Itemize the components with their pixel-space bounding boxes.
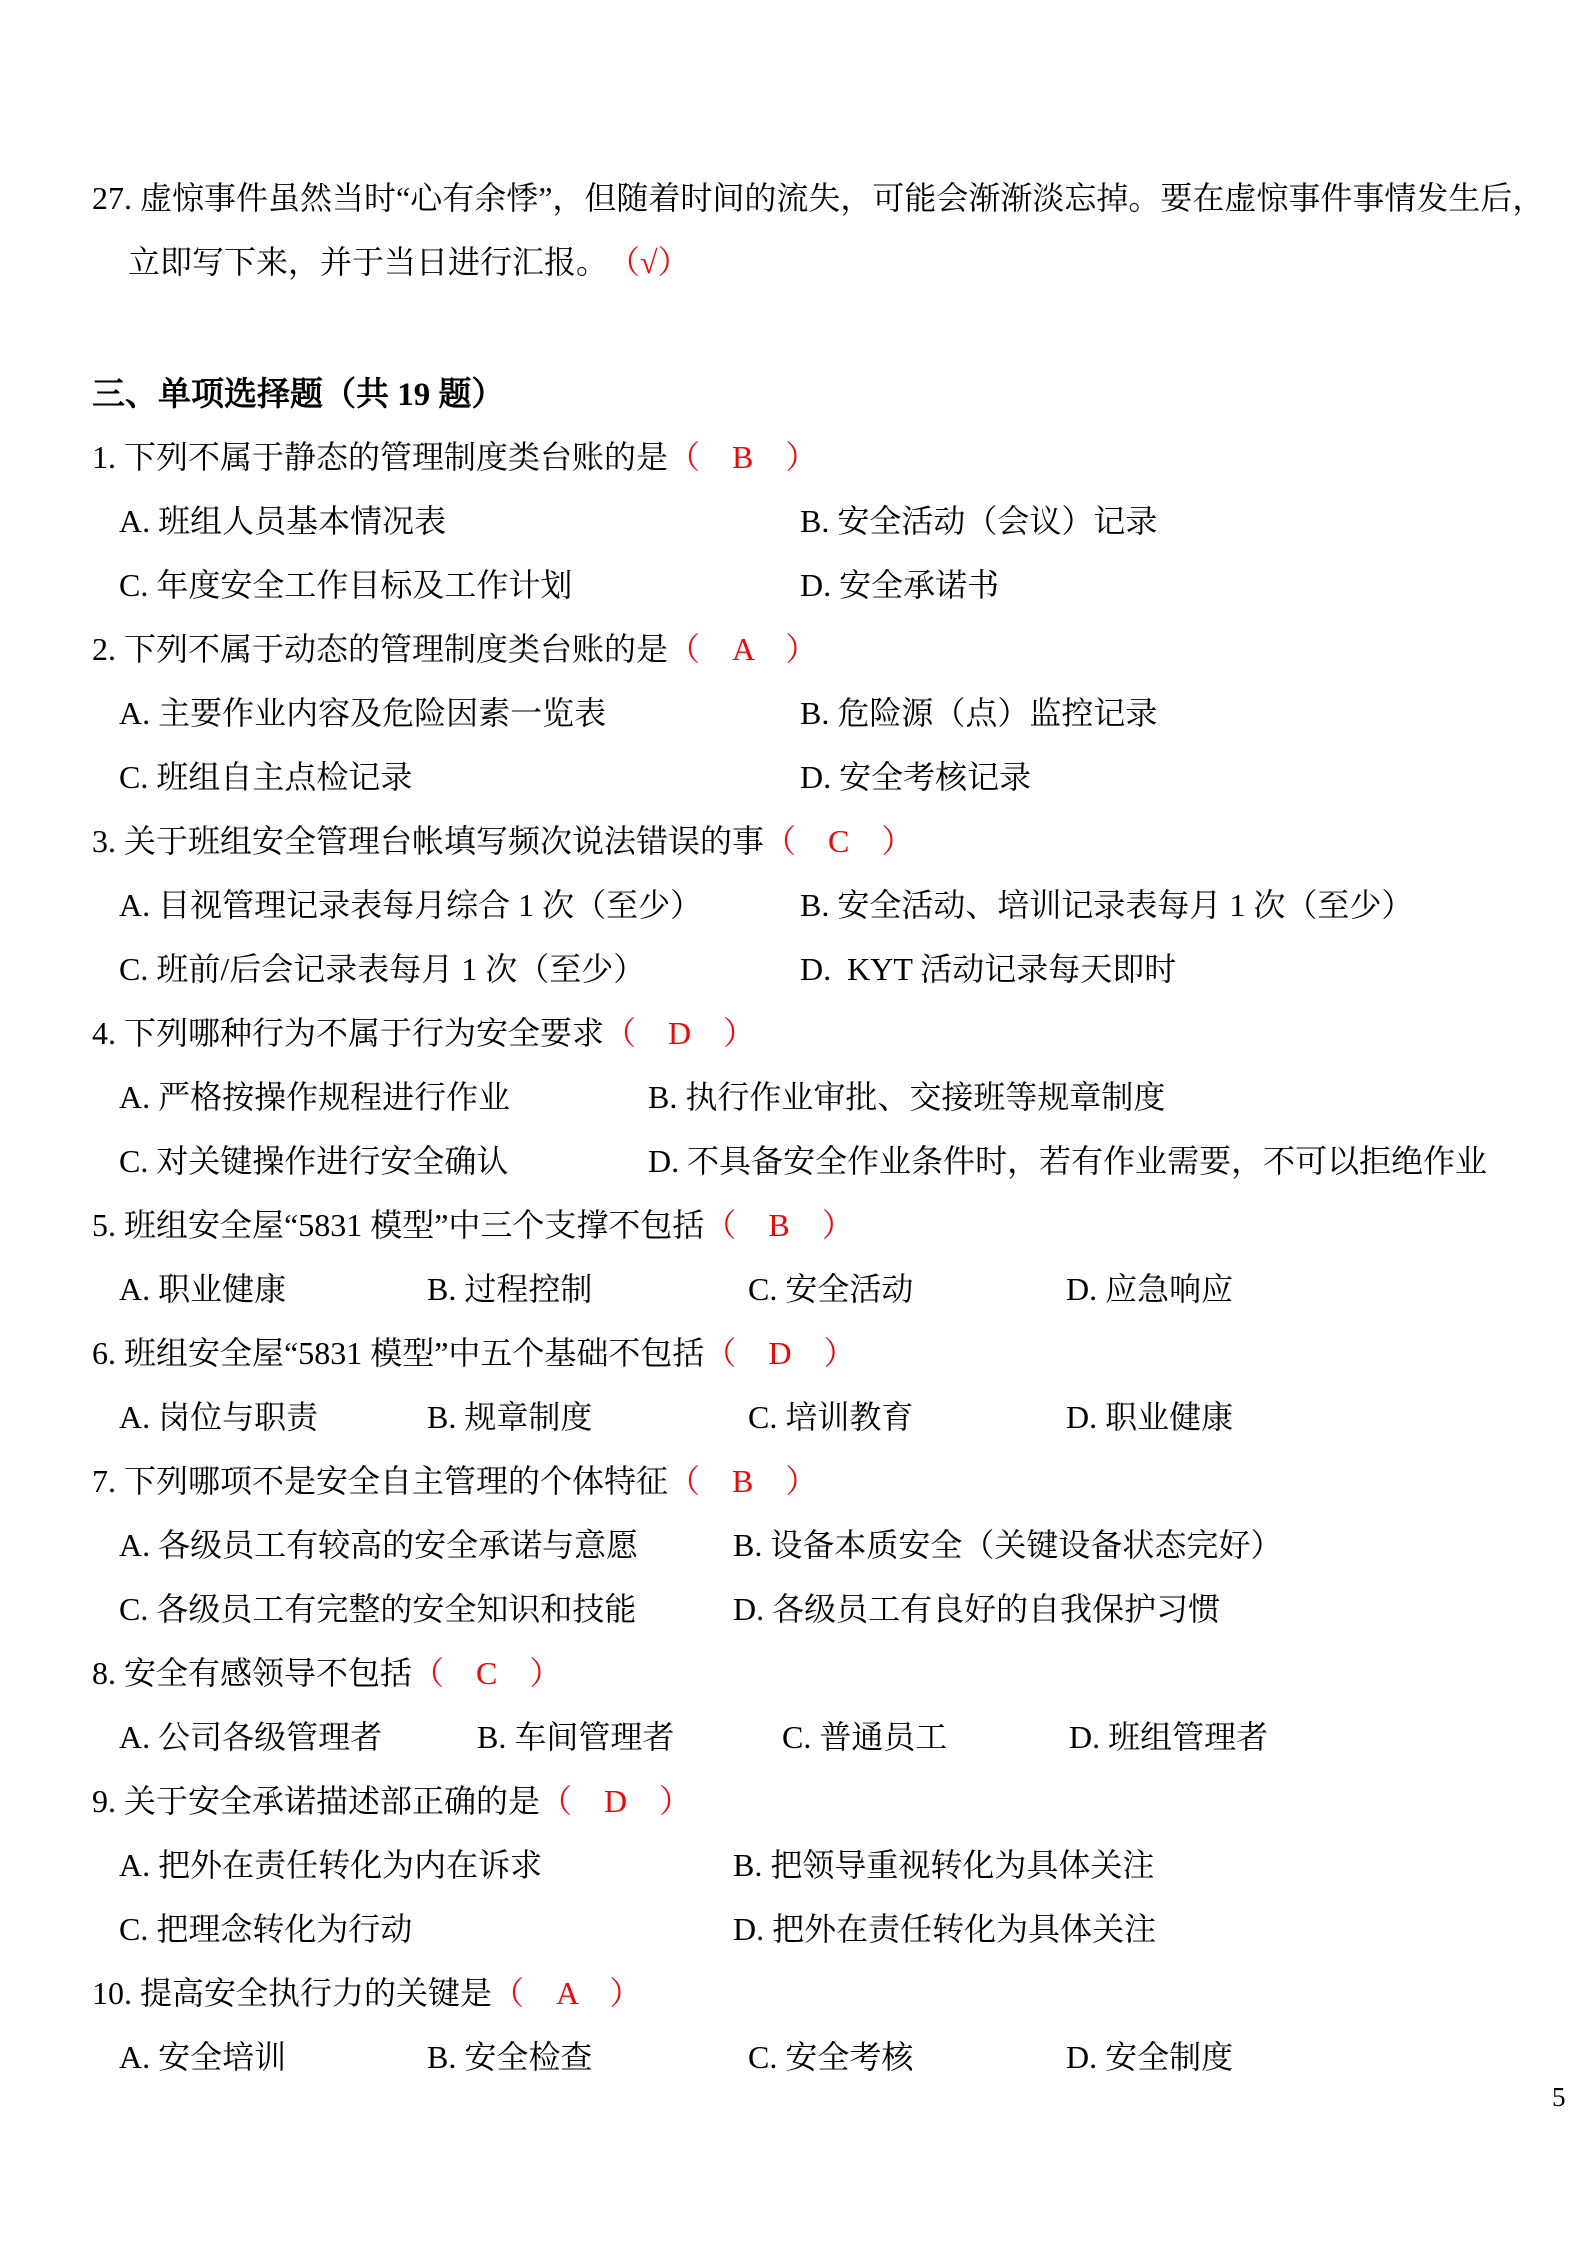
option: D. 各级员工有良好的自我保护习惯 xyxy=(733,1584,1220,1630)
question-6-stem: 6. 班组安全屋“5831 模型”中五个基础不包括（ D ） xyxy=(92,1319,1587,1383)
question-2-text: 2. 下列不属于动态的管理制度类台账的是 xyxy=(92,624,668,670)
option: C. 班组自主点检记录 xyxy=(119,752,800,798)
question-4-options-row2: C. 对关键操作进行安全确认D. 不具备安全作业条件时，若有作业需要，不可以拒绝… xyxy=(119,1127,1587,1191)
question-6-options: A. 岗位与职责B. 规章制度C. 培训教育D. 职业健康 xyxy=(119,1383,1587,1447)
question-3-text: 3. 关于班组安全管理台帐填写频次说法错误的事 xyxy=(92,816,764,862)
question-1-options-row2: C. 年度安全工作目标及工作计划D. 安全承诺书 xyxy=(119,551,1587,615)
option: A. 岗位与职责 xyxy=(119,1392,427,1438)
option: B. 安全活动、培训记录表每月 1 次（至少） xyxy=(800,880,1413,926)
page-number: 5 xyxy=(1552,2082,1566,2113)
option: C. 对关键操作进行安全确认 xyxy=(119,1136,648,1182)
question-5-text: 5. 班组安全屋“5831 模型”中三个支撑不包括 xyxy=(92,1200,704,1246)
option: A. 目视管理记录表每月综合 1 次（至少） xyxy=(119,880,800,926)
question-1-text: 1. 下列不属于静态的管理制度类台账的是 xyxy=(92,432,668,478)
question-6-text: 6. 班组安全屋“5831 模型”中五个基础不包括 xyxy=(92,1328,704,1374)
question-3-answer: （ C ） xyxy=(764,816,913,862)
option: B. 车间管理者 xyxy=(477,1712,782,1758)
option: D. 职业健康 xyxy=(1066,1392,1233,1438)
question-10-options: A. 安全培训B. 安全检查C. 安全考核D. 安全制度 xyxy=(119,2023,1587,2087)
option: D. 安全制度 xyxy=(1066,2032,1233,2078)
option: C. 班前/后会记录表每月 1 次（至少） xyxy=(119,944,800,990)
review-item-27-answer: （√） xyxy=(608,237,690,283)
option: B. 过程控制 xyxy=(427,1264,748,1310)
section-heading: 三、单项选择题（共 19 题） xyxy=(92,359,1587,423)
question-7-answer: （ B ） xyxy=(668,1456,817,1502)
option: A. 班组人员基本情况表 xyxy=(119,496,800,542)
question-8-answer: （ C ） xyxy=(412,1648,561,1694)
question-2-stem: 2. 下列不属于动态的管理制度类台账的是（ A ） xyxy=(92,615,1587,679)
question-1-answer: （ B ） xyxy=(668,432,817,478)
question-4-stem: 4. 下列哪种行为不属于行为安全要求（ D ） xyxy=(92,999,1587,1063)
review-item-27-line2: 立即写下来，并于当日进行汇报。（√） xyxy=(128,228,1587,292)
option: C. 各级员工有完整的安全知识和技能 xyxy=(119,1584,733,1630)
option: B. 执行作业审批、交接班等规章制度 xyxy=(648,1072,1165,1118)
option: D. 把外在责任转化为具体关注 xyxy=(733,1904,1156,1950)
option: B. 规章制度 xyxy=(427,1392,748,1438)
question-5-stem: 5. 班组安全屋“5831 模型”中三个支撑不包括（ B ） xyxy=(92,1191,1587,1255)
question-4-options-row1: A. 严格按操作规程进行作业B. 执行作业审批、交接班等规章制度 xyxy=(119,1063,1587,1127)
question-5-answer: （ B ） xyxy=(704,1200,853,1246)
question-2-options-row1: A. 主要作业内容及危险因素一览表B. 危险源（点）监控记录 xyxy=(119,679,1587,743)
question-7-options-row1: A. 各级员工有较高的安全承诺与意愿B. 设备本质安全（关键设备状态完好） xyxy=(119,1511,1587,1575)
option: B. 危险源（点）监控记录 xyxy=(800,688,1157,734)
option: C. 安全考核 xyxy=(748,2032,1066,2078)
question-3-stem: 3. 关于班组安全管理台帐填写频次说法错误的事（ C ） xyxy=(92,807,1587,871)
option: A. 严格按操作规程进行作业 xyxy=(119,1072,648,1118)
option: A. 安全培训 xyxy=(119,2032,427,2078)
question-10-answer: （ A ） xyxy=(492,1968,641,2014)
question-4-answer: （ D ） xyxy=(604,1008,755,1054)
option: D. 安全承诺书 xyxy=(800,560,999,606)
question-2-answer: （ A ） xyxy=(668,624,817,670)
question-1-stem: 1. 下列不属于静态的管理制度类台账的是（ B ） xyxy=(92,423,1587,487)
option: A. 公司各级管理者 xyxy=(119,1712,477,1758)
question-7-stem: 7. 下列哪项不是安全自主管理的个体特征（ B ） xyxy=(92,1447,1587,1511)
option: C. 培训教育 xyxy=(748,1392,1066,1438)
option: B. 安全活动（会议）记录 xyxy=(800,496,1157,542)
question-1-options-row1: A. 班组人员基本情况表B. 安全活动（会议）记录 xyxy=(119,487,1587,551)
question-7-options-row2: C. 各级员工有完整的安全知识和技能D. 各级员工有良好的自我保护习惯 xyxy=(119,1575,1587,1639)
question-4-text: 4. 下列哪种行为不属于行为安全要求 xyxy=(92,1008,604,1054)
option: A. 把外在责任转化为内在诉求 xyxy=(119,1840,733,1886)
question-5-options: A. 职业健康B. 过程控制C. 安全活动D. 应急响应 xyxy=(119,1255,1587,1319)
option: D. 应急响应 xyxy=(1066,1264,1233,1310)
question-8-options: A. 公司各级管理者B. 车间管理者C. 普通员工D. 班组管理者 xyxy=(119,1703,1587,1767)
option: C. 年度安全工作目标及工作计划 xyxy=(119,560,800,606)
question-10-text: 10. 提高安全执行力的关键是 xyxy=(92,1968,492,2014)
document-page: { "page_number": "5", "item27": { "line1… xyxy=(0,0,1587,2245)
option: A. 主要作业内容及危险因素一览表 xyxy=(119,688,800,734)
review-item-27-line1: 27. 虚惊事件虽然当时“心有余悸”，但随着时间的流失，可能会渐渐淡忘掉。要在虚… xyxy=(92,164,1587,228)
question-10-stem: 10. 提高安全执行力的关键是（ A ） xyxy=(92,1959,1587,2023)
option: D. 班组管理者 xyxy=(1069,1712,1268,1758)
option: B. 把领导重视转化为具体关注 xyxy=(733,1840,1154,1886)
review-item-27-text: 27. 虚惊事件虽然当时“心有余悸”，但随着时间的流失，可能会渐渐淡忘掉。要在虚… xyxy=(92,173,1544,219)
question-3-options-row2: C. 班前/后会记录表每月 1 次（至少）D. KYT 活动记录每天即时 xyxy=(119,935,1587,999)
question-3-options-row1: A. 目视管理记录表每月综合 1 次（至少）B. 安全活动、培训记录表每月 1 … xyxy=(119,871,1587,935)
question-8-stem: 8. 安全有感领导不包括（ C ） xyxy=(92,1639,1587,1703)
option: D. KYT 活动记录每天即时 xyxy=(800,944,1176,990)
option: A. 各级员工有较高的安全承诺与意愿 xyxy=(119,1520,733,1566)
option: C. 安全活动 xyxy=(748,1264,1066,1310)
question-9-text: 9. 关于安全承诺描述部正确的是 xyxy=(92,1776,540,1822)
page-content: 27. 虚惊事件虽然当时“心有余悸”，但随着时间的流失，可能会渐渐淡忘掉。要在虚… xyxy=(0,0,1587,2087)
question-2-options-row2: C. 班组自主点检记录D. 安全考核记录 xyxy=(119,743,1587,807)
section-heading-text: 三、单项选择题（共 19 题） xyxy=(92,368,505,415)
question-9-options-row1: A. 把外在责任转化为内在诉求B. 把领导重视转化为具体关注 xyxy=(119,1831,1587,1895)
question-9-answer: （ D ） xyxy=(540,1776,691,1822)
question-6-answer: （ D ） xyxy=(704,1328,855,1374)
question-9-options-row2: C. 把理念转化为行动D. 把外在责任转化为具体关注 xyxy=(119,1895,1587,1959)
option: C. 普通员工 xyxy=(782,1712,1069,1758)
question-8-text: 8. 安全有感领导不包括 xyxy=(92,1648,412,1694)
option: D. 安全考核记录 xyxy=(800,752,1031,798)
option: B. 设备本质安全（关键设备状态完好） xyxy=(733,1520,1282,1566)
question-7-text: 7. 下列哪项不是安全自主管理的个体特征 xyxy=(92,1456,668,1502)
option: C. 把理念转化为行动 xyxy=(119,1904,733,1950)
question-9-stem: 9. 关于安全承诺描述部正确的是（ D ） xyxy=(92,1767,1587,1831)
option: B. 安全检查 xyxy=(427,2032,748,2078)
option: A. 职业健康 xyxy=(119,1264,427,1310)
option: D. 不具备安全作业条件时，若有作业需要，不可以拒绝作业 xyxy=(648,1136,1487,1182)
review-item-27-text-cont: 立即写下来，并于当日进行汇报。 xyxy=(128,237,608,283)
